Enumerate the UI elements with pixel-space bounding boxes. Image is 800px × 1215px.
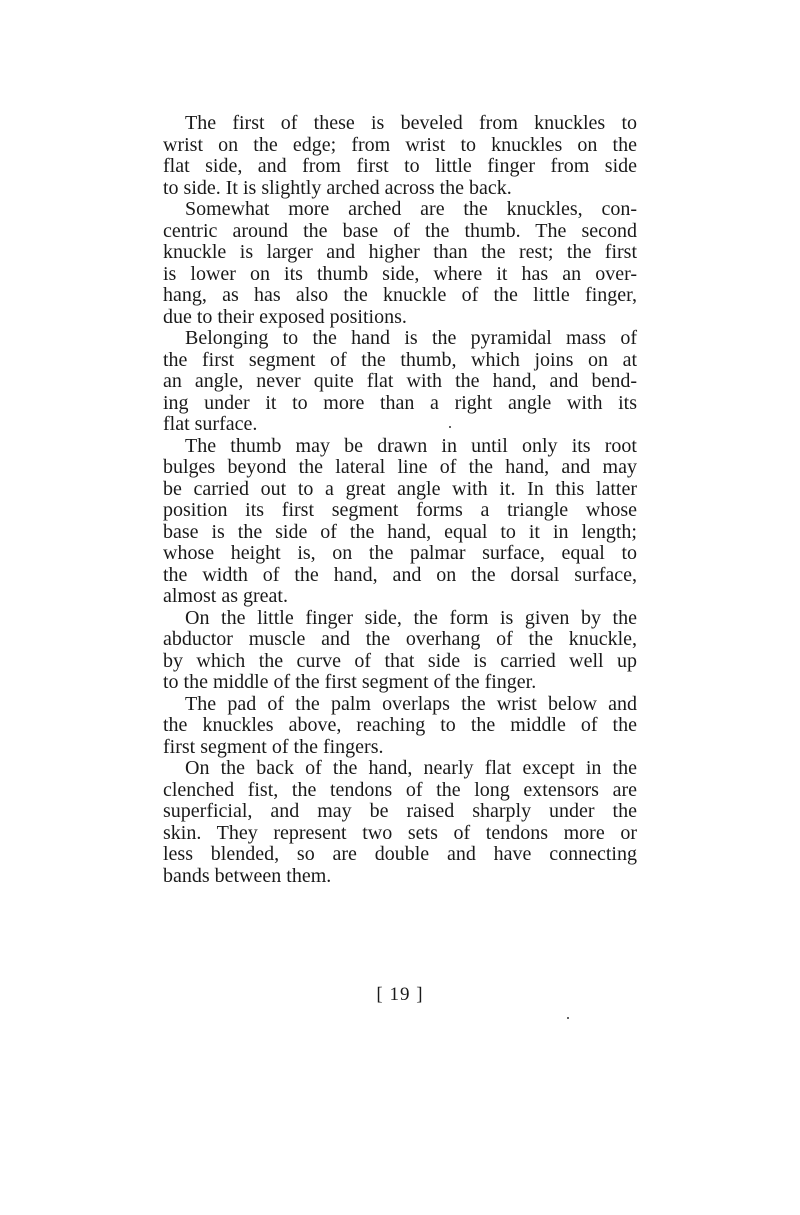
text-line: abductor muscle and the overhang of the …	[163, 629, 637, 651]
page-number: [ 19 ]	[0, 984, 800, 1006]
text-line: The first of these is beveled from knuck…	[163, 113, 637, 135]
text-line: Belonging to the hand is the pyramidal m…	[163, 328, 637, 350]
text-line: hang, as has also the knuckle of the lit…	[163, 285, 637, 307]
paragraph-2: Somewhat more arched are the knuckles, c…	[163, 199, 637, 328]
paragraph-5: On the little finger side, the form is g…	[163, 608, 637, 694]
text-line: the first segment of the thumb, which jo…	[163, 350, 637, 372]
paragraph-3: Belonging to the hand is the pyramidal m…	[163, 328, 637, 436]
text-line: be carried out to a great angle with it.…	[163, 479, 637, 501]
text-line: first segment of the fingers.	[163, 737, 637, 759]
text-line: centric around the base of the thumb. Th…	[163, 221, 637, 243]
paragraph-1: The first of these is beveled from knuck…	[163, 113, 637, 199]
text-line: Somewhat more arched are the knuckles, c…	[163, 199, 637, 221]
text-line: On the little finger side, the form is g…	[163, 608, 637, 630]
text-line: an angle, never quite flat with the hand…	[163, 371, 637, 393]
text-line: whose height is, on the palmar surface, …	[163, 543, 637, 565]
text-line: base is the side of the hand, equal to i…	[163, 522, 637, 544]
text-line: the width of the hand, and on the dorsal…	[163, 565, 637, 587]
paragraph-4: The thumb may be drawn in until only its…	[163, 436, 637, 608]
scan-speck	[449, 426, 451, 428]
text-line: is lower on its thumb side, where it has…	[163, 264, 637, 286]
paragraph-6: The pad of the palm overlaps the wrist b…	[163, 694, 637, 759]
text-line: bulges beyond the lateral line of the ha…	[163, 457, 637, 479]
scan-speck	[567, 1017, 569, 1019]
text-line: to side. It is slightly arched across th…	[163, 178, 637, 200]
text-line: almost as great.	[163, 586, 637, 608]
text-line: The thumb may be drawn in until only its…	[163, 436, 637, 458]
text-line: by which the curve of that side is carri…	[163, 651, 637, 673]
text-line: flat surface.	[163, 414, 637, 436]
text-line: ing under it to more than a right angle …	[163, 393, 637, 415]
text-line: wrist on the edge; from wrist to knuckle…	[163, 135, 637, 157]
text-line: to the middle of the first segment of th…	[163, 672, 637, 694]
text-line: knuckle is larger and higher than the re…	[163, 242, 637, 264]
text-line: bands between them.	[163, 866, 637, 888]
text-line: superficial, and may be raised sharply u…	[163, 801, 637, 823]
text-line: flat side, and from first to little fing…	[163, 156, 637, 178]
book-page-body: The first of these is beveled from knuck…	[163, 113, 637, 887]
text-line: The pad of the palm overlaps the wrist b…	[163, 694, 637, 716]
text-line: clenched fist, the tendons of the long e…	[163, 780, 637, 802]
text-line: the knuckles above, reaching to the midd…	[163, 715, 637, 737]
text-line: skin. They represent two sets of tendons…	[163, 823, 637, 845]
text-line: On the back of the hand, nearly flat exc…	[163, 758, 637, 780]
text-line: position its first segment forms a trian…	[163, 500, 637, 522]
text-line: due to their exposed positions.	[163, 307, 637, 329]
text-line: less blended, so are double and have con…	[163, 844, 637, 866]
paragraph-7: On the back of the hand, nearly flat exc…	[163, 758, 637, 887]
